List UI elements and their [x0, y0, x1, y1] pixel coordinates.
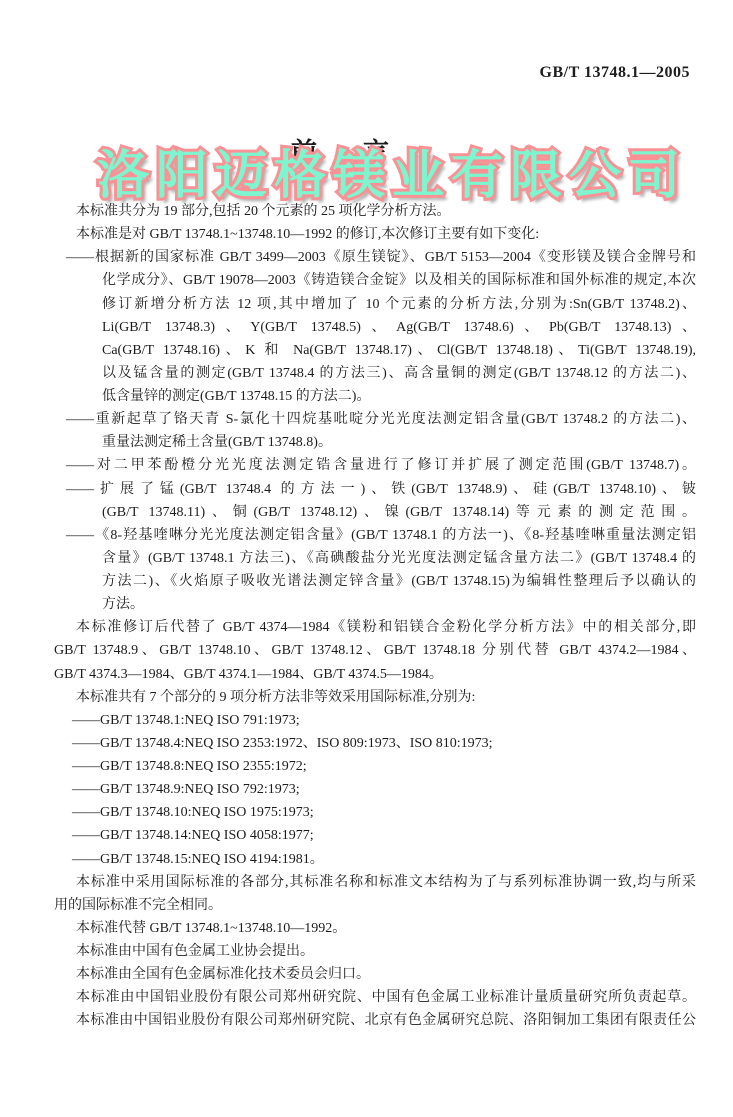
text-line: GB/T 4374.3—1984、GB/T 4374.1—1984、GB/T 4… [54, 663, 696, 686]
text-line: ——GB/T 13748.10:NEQ ISO 1975:1973; [54, 801, 696, 824]
text-line: 化学成分》、GB/T 19078—2003《铸造镁合金锭》以及相关的国际标准和国… [54, 269, 696, 292]
page-title: 前 言 [0, 132, 690, 169]
text-line: ——GB/T 13748.9:NEQ ISO 792:1973; [54, 778, 696, 801]
text-line: 以及锰含量的测定(GB/T 13748.4 的方法三)、高含量铜的测定(GB/T… [54, 362, 696, 385]
body-text: 本标准共分为 19 部分,包括 20 个元素的 25 项化学分析方法。本标准是对… [54, 200, 696, 1033]
text-line: 修订新增分析方法 12 项,其中增加了 10 个元素的分析方法,分别为:Sn(G… [54, 293, 696, 316]
text-line: 用的国际标准不完全相同。 [54, 894, 696, 917]
text-line: ——GB/T 13748.8:NEQ ISO 2355:1972; [54, 755, 696, 778]
text-line: 本标准修订后代替了 GB/T 4374—1984《镁粉和铝镁合金粉化学分析方法》… [54, 616, 696, 639]
text-line: 方法二)、《火焰原子吸收光谱法测定锌含量》(GB/T 13748.15)为编辑性… [54, 570, 696, 593]
text-line: Li(GB/T 13748.3)、Y(GB/T 13748.5)、Ag(GB/T… [54, 316, 696, 339]
text-line: ——GB/T 13748.15:NEQ ISO 4194:1981。 [54, 848, 696, 871]
document-page: GB/T 13748.1—2005 前 言 洛阳迈格镁业有限公司 洛阳迈格镁业有… [0, 0, 733, 1117]
text-line: ——重新起草了铬天青 S-氯化十四烷基吡啶分光光度法测定铝含量(GB/T 137… [54, 408, 696, 431]
text-line: ——扩展了锰(GB/T 13748.4 的方法一)、铁(GB/T 13748.9… [54, 478, 696, 501]
text-line: ——GB/T 13748.1:NEQ ISO 791:1973; [54, 709, 696, 732]
text-line: 本标准由中国有色金属工业协会提出。 [54, 940, 696, 963]
text-line: 含量》(GB/T 13748.1 方法三)、《高碘酸盐分光光度法测定锰含量方法二… [54, 547, 696, 570]
text-line: 本标准由中国铝业股份有限公司郑州研究院、北京有色金属研究总院、洛阳铜加工集团有限… [54, 1009, 696, 1032]
text-line: 本标准中采用国际标准的各部分,其标准名称和标准文本结构为了与系列标准协调一致,均… [54, 871, 696, 894]
text-line: 低含量锌的测定(GB/T 13748.15 的方法二)。 [54, 385, 696, 408]
text-line: Ca(GB/T 13748.16)、K 和 Na(GB/T 13748.17)、… [54, 339, 696, 362]
text-line: ——根据新的国家标准 GB/T 3499—2003《原生镁锭》、GB/T 515… [54, 246, 696, 269]
text-line: ——对二甲苯酚橙分光光度法测定锆含量进行了修订并扩展了测定范围(GB/T 137… [54, 454, 696, 477]
text-line: (GB/T 13748.11)、铜(GB/T 13748.12)、镍(GB/T … [54, 501, 696, 524]
text-line: GB/T 13748.9、GB/T 13748.10、GB/T 13748.12… [54, 639, 696, 662]
doc-number: GB/T 13748.1—2005 [540, 64, 690, 82]
text-line: 重量法测定稀土含量(GB/T 13748.8)。 [54, 431, 696, 454]
text-line: 方法。 [54, 593, 696, 616]
text-line: 本标准代替 GB/T 13748.1~13748.10—1992。 [54, 917, 696, 940]
text-line: 本标准共分为 19 部分,包括 20 个元素的 25 项化学分析方法。 [54, 200, 696, 223]
text-line: 本标准由中国铝业股份有限公司郑州研究院、中国有色金属工业标准计量质量研究所负责起… [54, 986, 696, 1009]
text-line: ——GB/T 13748.14:NEQ ISO 4058:1977; [54, 824, 696, 847]
text-line: 本标准共有 7 个部分的 9 项分析方法非等效采用国际标准,分别为: [54, 686, 696, 709]
text-line: ——GB/T 13748.4:NEQ ISO 2353:1972、ISO 809… [54, 732, 696, 755]
text-line: ——《8-羟基喹啉分光光度法测定铝含量》(GB/T 13748.1 的方法一)、… [54, 524, 696, 547]
text-line: 本标准由全国有色金属标准化技术委员会归口。 [54, 963, 696, 986]
text-line: 本标准是对 GB/T 13748.1~13748.10—1992 的修订,本次修… [54, 223, 696, 246]
